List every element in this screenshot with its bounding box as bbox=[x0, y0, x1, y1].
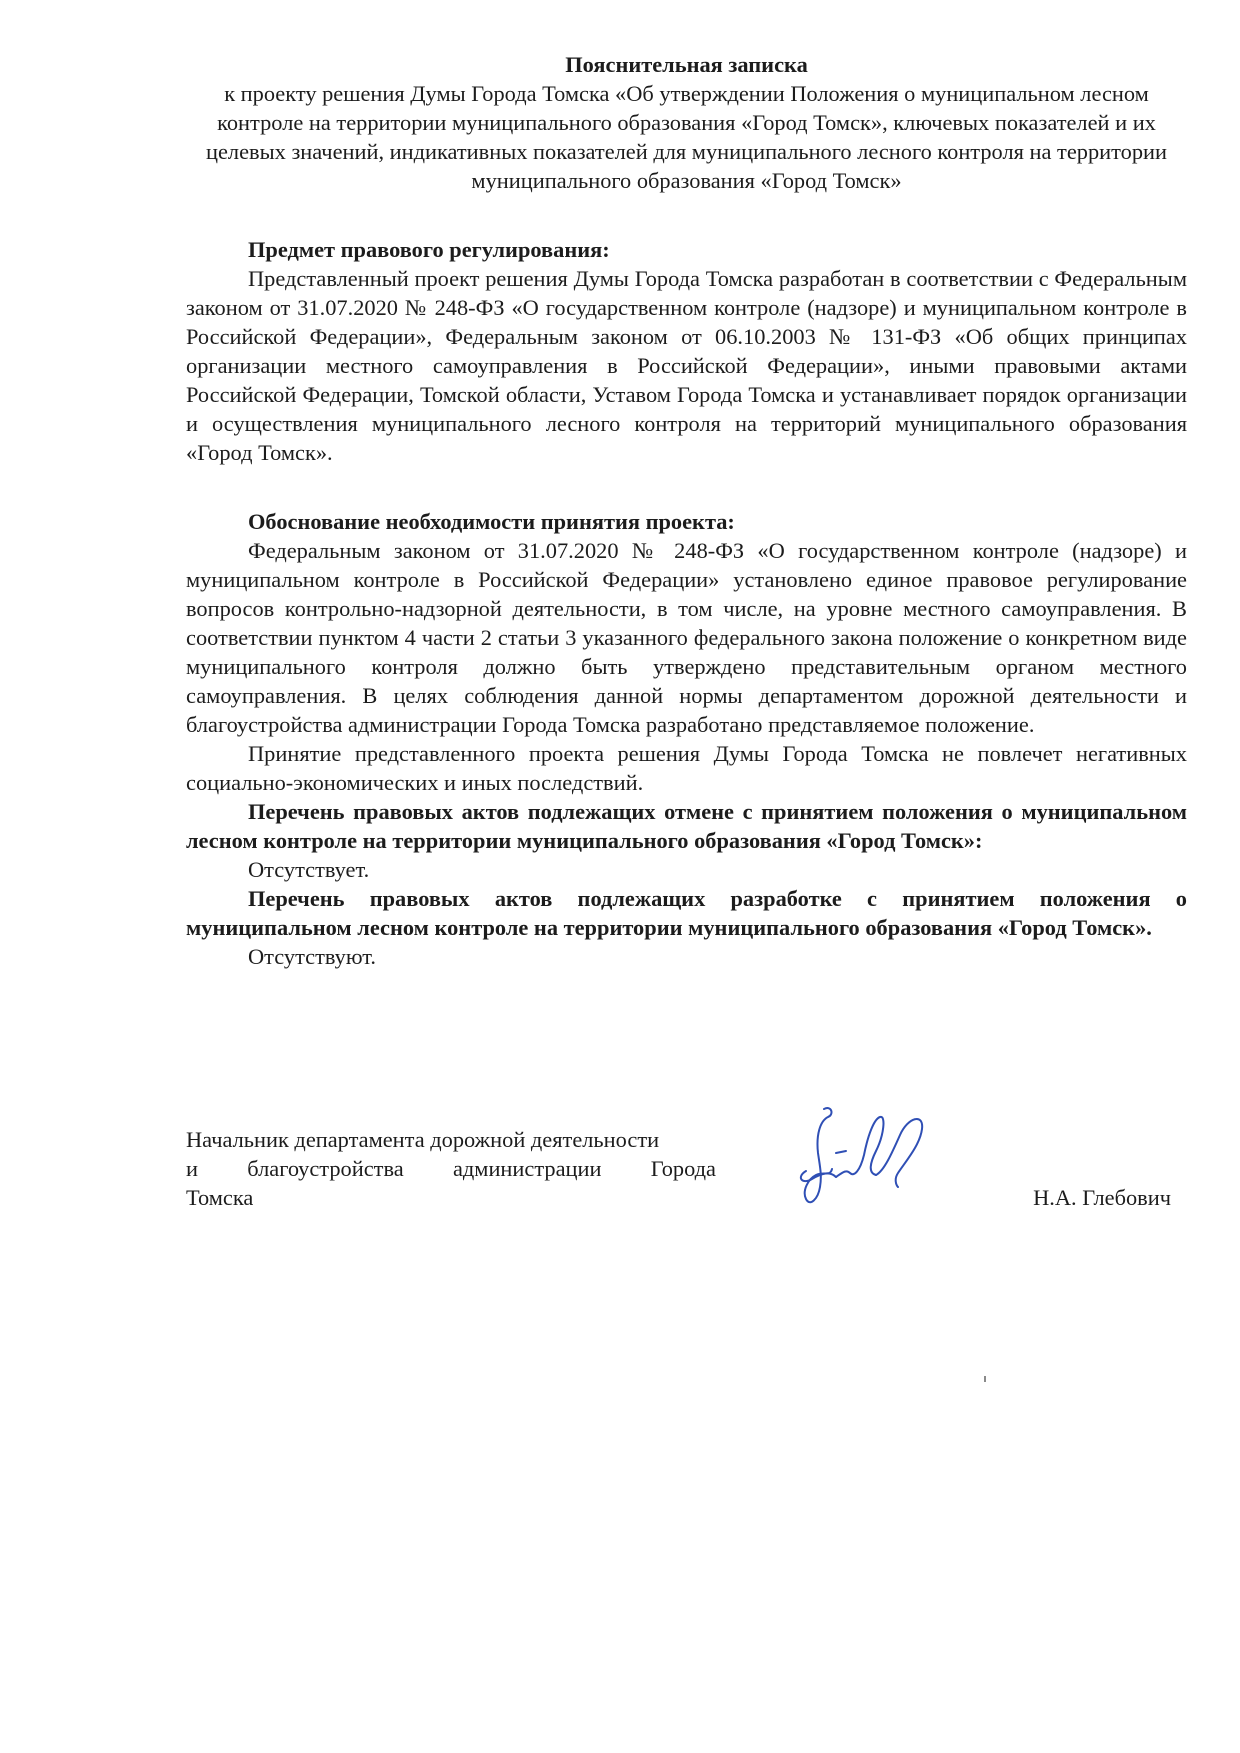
section-paragraph: Принятие представленного проекта решения… bbox=[186, 739, 1187, 797]
list-value: Отсутствует. bbox=[186, 855, 1187, 884]
spacer bbox=[186, 195, 1187, 235]
document-page: Пояснительная записка к проекту решения … bbox=[186, 50, 1187, 971]
section-justification: Обоснование необходимости принятия проек… bbox=[186, 507, 1187, 797]
signatory-position-line: Начальник департамента дорожной деятельн… bbox=[186, 1125, 716, 1154]
signature-block: Начальник департамента дорожной деятельн… bbox=[186, 1125, 1187, 1235]
signatory-position: Начальник департамента дорожной деятельн… bbox=[186, 1125, 716, 1212]
section-regulation-subject: Предмет правового регулирования: Предста… bbox=[186, 235, 1187, 467]
list-acts-to-cancel: Перечень правовых актов подлежащих отмен… bbox=[186, 797, 1187, 884]
document-title: Пояснительная записка bbox=[186, 50, 1187, 79]
document-subtitle: к проекту решения Думы Города Томска «Об… bbox=[186, 79, 1187, 195]
list-heading: Перечень правовых актов подлежащих разра… bbox=[186, 884, 1187, 942]
handwritten-signature-icon bbox=[776, 1095, 936, 1225]
section-paragraph: Федеральным законом от 31.07.2020 № 248-… bbox=[186, 536, 1187, 739]
list-value: Отсутствуют. bbox=[186, 942, 1187, 971]
signatory-name: Н.А. Глебович bbox=[1033, 1183, 1171, 1212]
list-heading: Перечень правовых актов подлежащих отмен… bbox=[186, 797, 1187, 855]
scan-artifact bbox=[984, 1376, 986, 1382]
list-acts-to-develop: Перечень правовых актов подлежащих разра… bbox=[186, 884, 1187, 971]
section-paragraph: Представленный проект решения Думы Город… bbox=[186, 264, 1187, 467]
signatory-position-line: Томска bbox=[186, 1183, 716, 1212]
spacer bbox=[186, 467, 1187, 507]
section-heading: Обоснование необходимости принятия проек… bbox=[186, 507, 1187, 536]
signatory-position-line: и благоустройства администрации Города bbox=[186, 1154, 716, 1183]
section-heading: Предмет правового регулирования: bbox=[186, 235, 1187, 264]
